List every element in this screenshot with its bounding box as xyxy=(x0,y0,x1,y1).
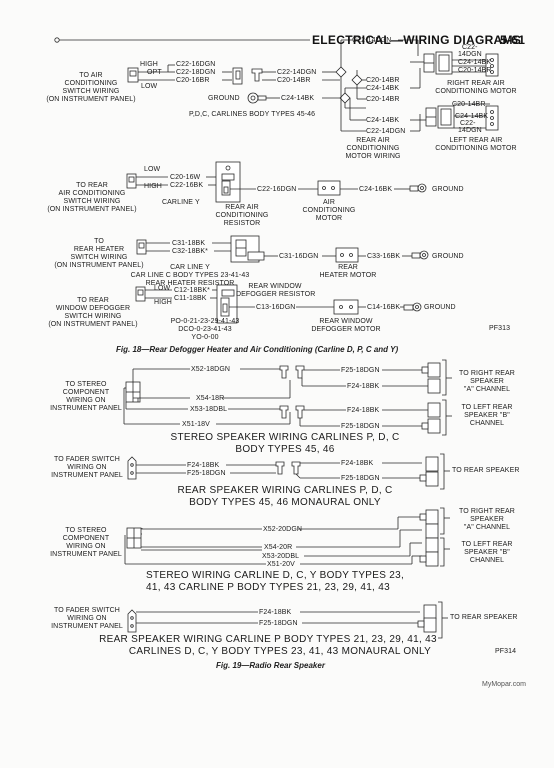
wire-label: C22-14DGN xyxy=(352,37,391,45)
label-high: HIGH xyxy=(144,183,162,191)
label-low: LOW xyxy=(141,83,157,91)
wire-label: C22-16DGN xyxy=(257,186,296,194)
wire-label: C13-16DGN xyxy=(256,304,295,312)
wire-label: C31-16DGN xyxy=(279,253,318,261)
label-high: HIGH xyxy=(140,61,158,69)
wire-label: C32-18BK* xyxy=(172,248,208,256)
wire-label: X52-20DGN xyxy=(263,526,302,534)
right-speaker-label: TO RIGHT REAR SPEAKER "A" CHANNEL xyxy=(452,370,522,394)
wire-label: F25-18DGN xyxy=(187,470,226,478)
stereo-dcy-title: STEREO WIRING CARLINE D, C, Y BODY TYPES… xyxy=(146,570,382,594)
ac-switch-label: TO AIR CONDITIONING SWITCH WIRING (ON IN… xyxy=(44,72,138,104)
label-opt: OPT xyxy=(147,69,162,77)
wire-label: C22-16BK xyxy=(170,182,203,190)
wire-label: X52-18DGN xyxy=(191,366,230,374)
wire-label: C22-16DGN xyxy=(176,61,215,69)
stereo-source-label: TO STEREO COMPONENT WIRING ON INSTRUMENT… xyxy=(48,381,124,413)
wire-label: C22-18DGN xyxy=(176,69,215,77)
label-low: LOW xyxy=(144,166,160,174)
rear-speaker-label: TO REAR SPEAKER xyxy=(452,467,520,475)
wire-label: X54-20R xyxy=(264,544,292,552)
fader-source-label: TO FADER SWITCH WIRING ON INSTRUMENT PAN… xyxy=(48,456,126,480)
body-types-label: P,D,C, CARLINES BODY TYPES 45-46 xyxy=(189,111,315,119)
wire-label: 14DGN xyxy=(458,127,482,135)
ground-label: GROUND xyxy=(432,186,464,194)
ac-y-switch-label: TO REAR AIR CONDITIONING SWITCH WIRING (… xyxy=(44,182,140,214)
wire-label: X51-20V xyxy=(267,561,295,569)
label-low: LOW xyxy=(154,285,170,293)
wire-label: X54-18R xyxy=(196,395,224,403)
wire-label: C20-16W xyxy=(170,174,200,182)
defogger-switch-label: TO REAR WINDOW DEFOGGER SWITCH WIRING (O… xyxy=(44,297,142,329)
wire-label: C24-14BK xyxy=(366,85,399,93)
page-title: ELECTRICAL—WIRING DIAGRAMS xyxy=(312,33,521,47)
wire-label: C20-14BR xyxy=(458,67,491,75)
wire-label: C24-14BK xyxy=(458,59,491,67)
left-motor-label: LEFT REAR AIR CONDITIONING MOTOR xyxy=(428,137,524,153)
wire-label: C20-14BR xyxy=(366,96,399,104)
wire-label: C24-14BK xyxy=(281,95,314,103)
motor-label: AIR CONDITIONING MOTOR xyxy=(300,199,358,223)
wire-label: C24-14BK xyxy=(366,117,399,125)
wire-label: C31-18BK xyxy=(172,240,205,248)
wire-label: F24-18BK xyxy=(341,460,373,468)
ground-label: GROUND xyxy=(424,304,456,312)
resistor-label: REAR AIR CONDITIONING RESISTOR xyxy=(212,204,272,228)
wire-label: C20-14BR xyxy=(277,77,310,85)
defogger-motor-label: REAR WINDOW DEFOGGER MOTOR xyxy=(310,318,382,334)
stereo-pdc-title: STEREO SPEAKER WIRING CARLINES P, D, C B… xyxy=(170,432,400,456)
left-speaker-label: TO LEFT REAR SPEAKER "B" CHANNEL xyxy=(452,541,522,565)
figure-code: PF314 xyxy=(495,648,516,656)
wire-label: F25-18DGN xyxy=(341,367,380,375)
harness-label: REAR AIR CONDITIONING MOTOR WIRING xyxy=(338,137,408,161)
figure-19-caption: Fig. 19—Radio Rear Speaker xyxy=(216,661,325,670)
wire-label: C20-14BR xyxy=(452,101,485,109)
watermark: MyMopar.com xyxy=(482,681,526,688)
page-number: 5-61 xyxy=(500,33,525,47)
wire-label: X53-20DBL xyxy=(262,553,299,561)
wire-label: F25-18DGN xyxy=(259,620,298,628)
wire-label: C20-16BR xyxy=(176,77,209,85)
defogger-codes: PO-0-21-23-29-41-43 DCO-0-23-41-43 YO-0-… xyxy=(160,318,250,342)
right-motor-label: RIGHT REAR AIR CONDITIONING MOTOR xyxy=(428,80,524,96)
wire-label: C14-16BK xyxy=(367,304,400,312)
left-speaker-label: TO LEFT REAR SPEAKER "B" CHANNEL xyxy=(452,404,522,428)
wire-label: F24-18BK xyxy=(347,383,379,391)
figure-18-caption: Fig. 18—Rear Defogger Heater and Air Con… xyxy=(116,345,398,354)
wire-label: C22-14DGN xyxy=(277,69,316,77)
heater-motor-label: REAR HEATER MOTOR xyxy=(318,264,378,280)
wire-label: F25-18DGN xyxy=(341,475,380,483)
ground-label: GROUND xyxy=(208,95,240,103)
wire-label: C11-18BK xyxy=(174,295,207,303)
right-speaker-label: TO RIGHT REAR SPEAKER "A" CHANNEL xyxy=(452,508,522,532)
wire-label: F25-18DGN xyxy=(341,423,380,431)
wire-label: C20-14BR xyxy=(366,77,399,85)
fader-source-label: TO FADER SWITCH WIRING ON INSTRUMENT PAN… xyxy=(48,607,126,631)
rear-p-title: REAR SPEAKER WIRING CARLINE P BODY TYPES… xyxy=(96,634,440,658)
stereo-dcy-source-label: TO STEREO COMPONENT WIRING ON INSTRUMENT… xyxy=(48,527,124,559)
defogger-resistor-label: REAR WINDOW DEFOGGER RESISTOR xyxy=(236,283,314,299)
label-high: HIGH xyxy=(154,299,172,307)
rear-speaker-label: TO REAR SPEAKER xyxy=(450,614,518,622)
wire-label: C22-14DGN xyxy=(366,128,405,136)
wire-label: X53-18DBL xyxy=(190,406,227,414)
wire-label: F24-18BK xyxy=(259,609,291,617)
wire-label: C12-18BK* xyxy=(174,287,210,295)
figure-code: PF313 xyxy=(489,325,510,333)
wire-label: X51-18V xyxy=(182,421,210,429)
wire-label: 14DGN xyxy=(458,51,482,59)
rear-pdc-title: REAR SPEAKER WIRING CARLINES P, D, C BOD… xyxy=(170,485,400,509)
wire-label: F24-18BK xyxy=(347,407,379,415)
wire-label: F24-18BK xyxy=(187,462,219,470)
wire-label: C24-16BK xyxy=(359,186,392,194)
wire-label: C33-16BK xyxy=(367,253,400,261)
carline-label: CARLINE Y xyxy=(162,199,200,207)
ground-label: GROUND xyxy=(432,253,464,261)
